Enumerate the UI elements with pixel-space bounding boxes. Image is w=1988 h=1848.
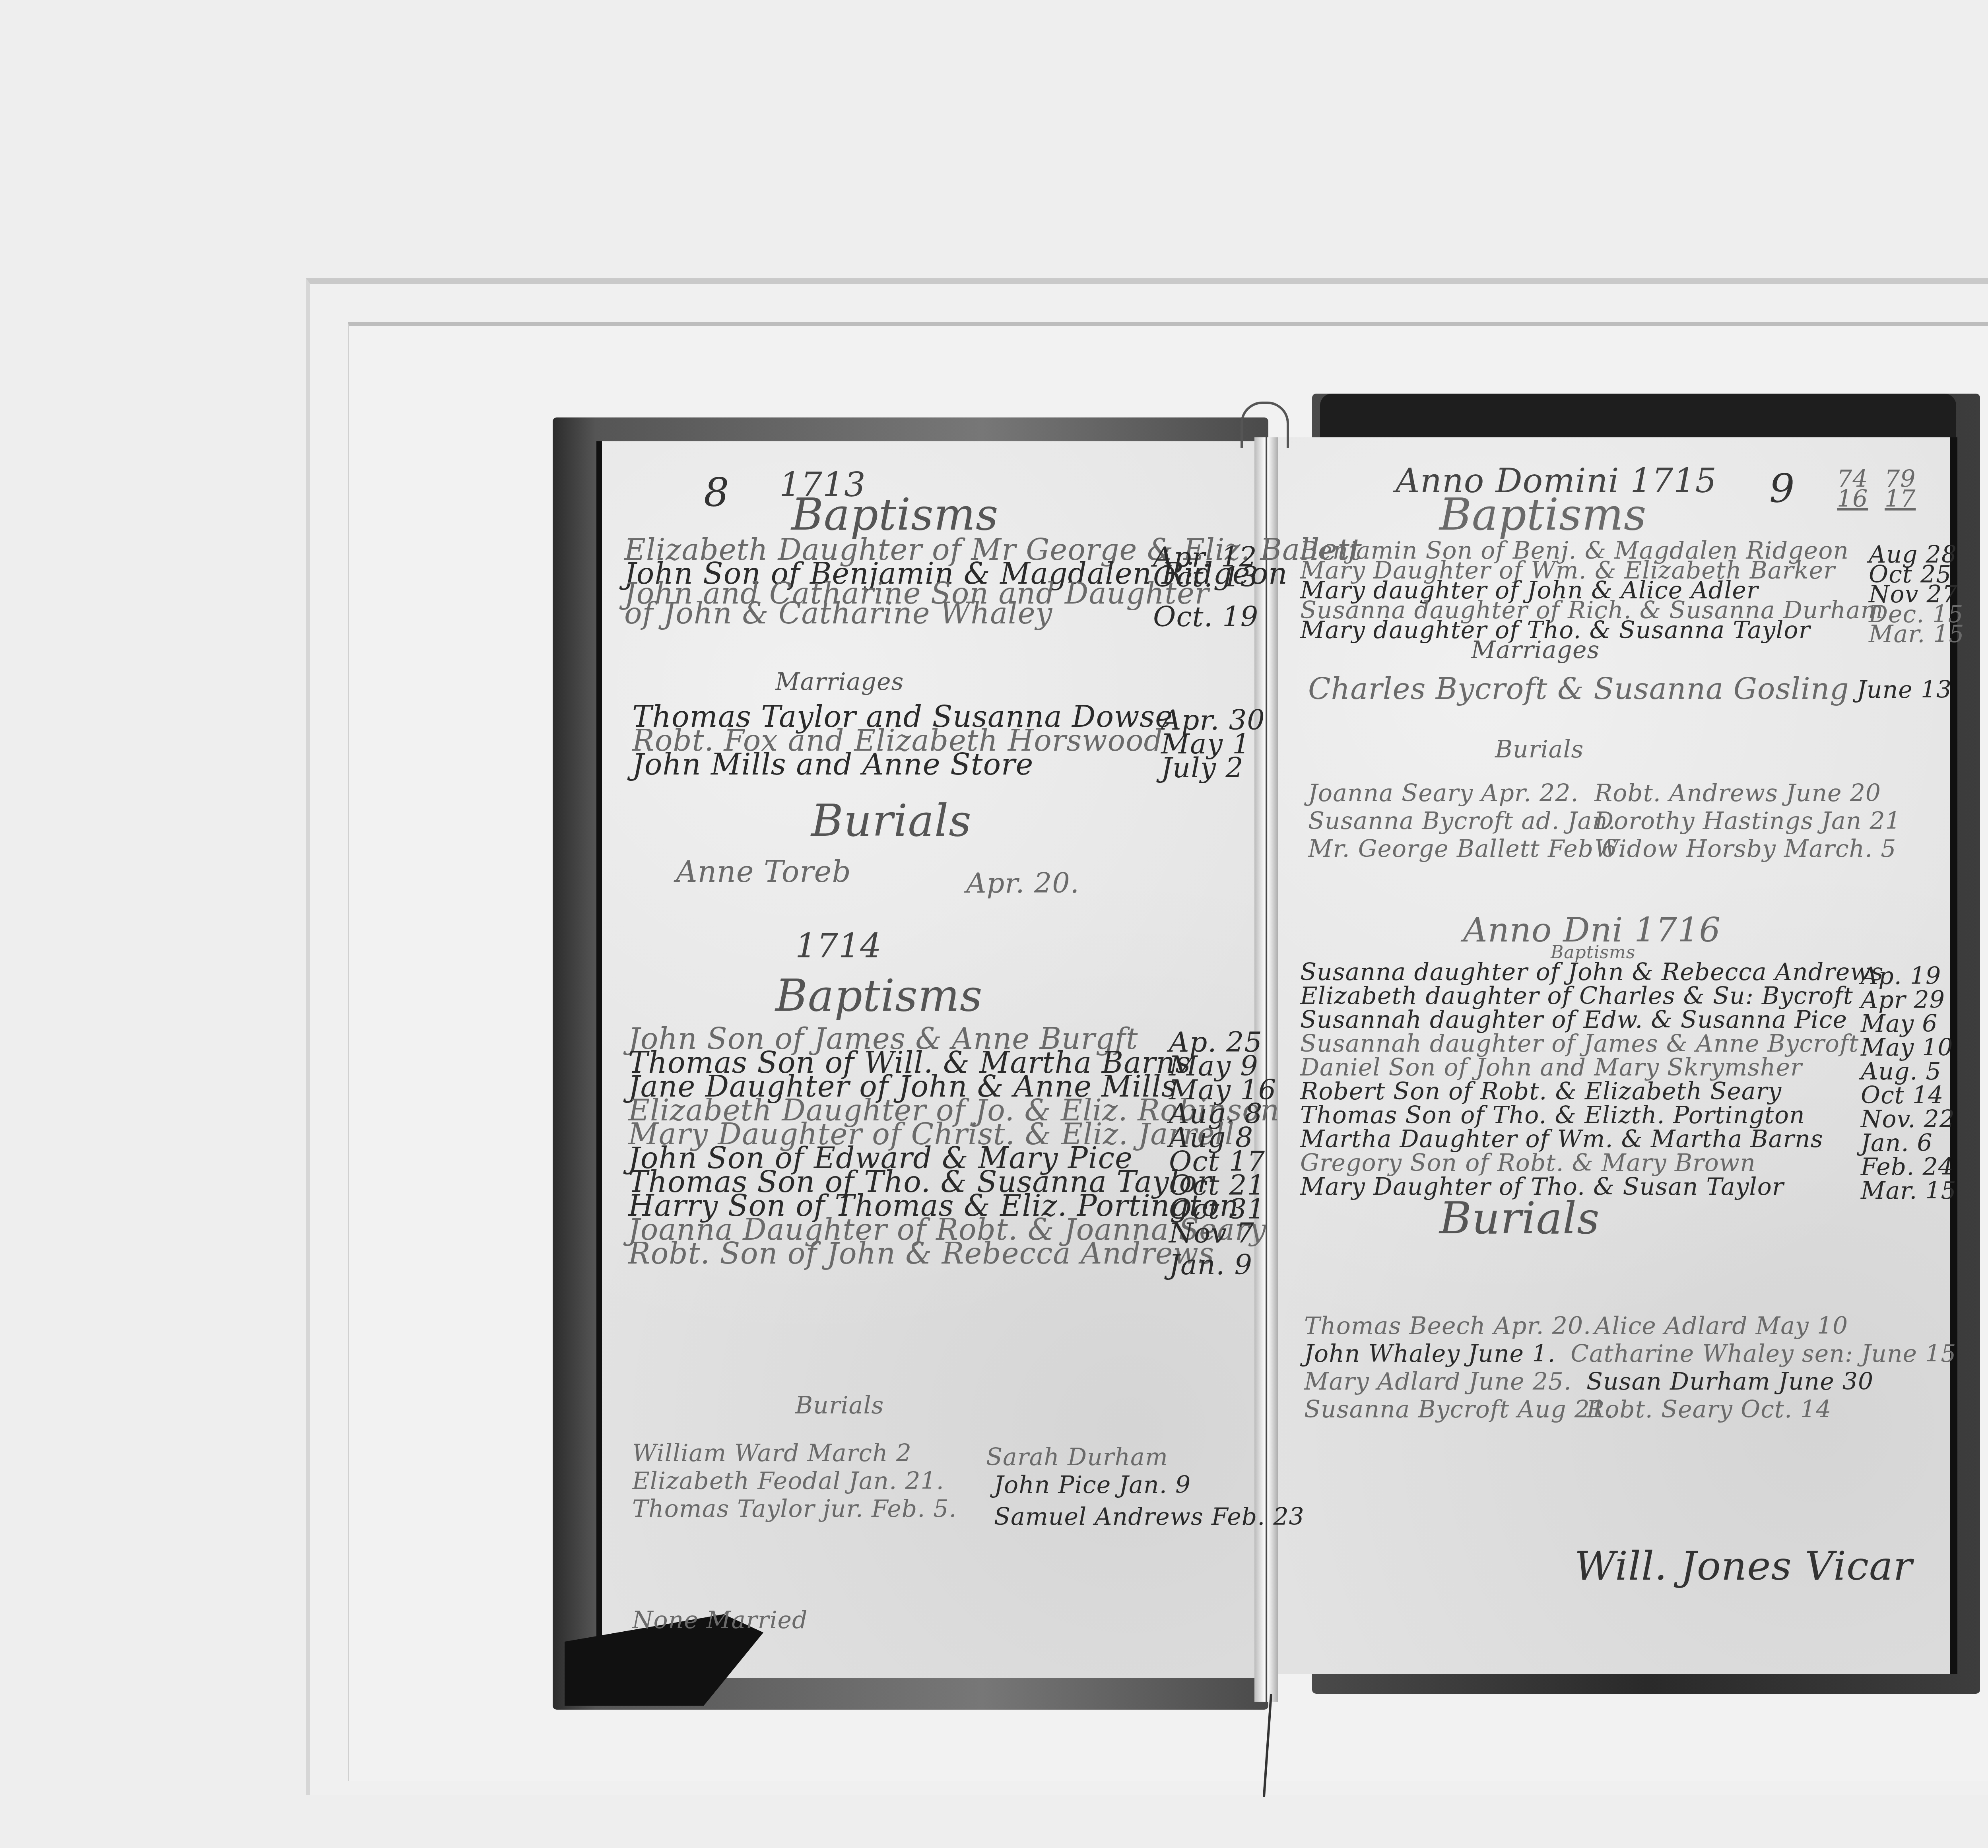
section-heading-baptisms-1714: Baptisms (775, 970, 982, 1021)
binding-stitch (1241, 402, 1289, 448)
entry-text: Robt. Son of John & Rebecca Andrews (628, 1237, 1214, 1271)
entry-text: Widow Horsby March. 5 (1594, 835, 1897, 863)
entry-text: Mary Adlard June 25. (1304, 1368, 1572, 1396)
entry-date: July 2 (1161, 751, 1244, 784)
vicar-signature: Will. Jones Vicar (1574, 1543, 1912, 1589)
entry-text: John Pice Jan. 9 (994, 1471, 1191, 1499)
section-heading-burials-1713: Burials (811, 795, 972, 846)
entry-text: Thomas Taylor jur. Feb. 5. (632, 1495, 957, 1523)
entry-text: Joanna Seary Apr. 22. (1308, 779, 1579, 807)
entry-date: Mar. 15 (1869, 620, 1965, 648)
footer-note: None Married (632, 1606, 808, 1634)
entry-text: Mr. George Ballett Feb 6. (1308, 835, 1625, 863)
entry-text: Alice Adlard May 10 (1594, 1312, 1848, 1340)
section-heading-burials-1715: Burials (1495, 736, 1584, 763)
entry-text: Robt. Andrews June 20 (1594, 779, 1881, 807)
section-heading-baptisms-1715: Baptisms (1439, 489, 1646, 540)
page-number-left: 8 (704, 469, 730, 516)
margin-figure: 16 (1837, 485, 1868, 513)
entry-text: Charles Bycroft & Susanna Gosling (1308, 672, 1849, 706)
section-heading-burials-1716: Burials (1439, 1193, 1600, 1244)
section-heading-baptisms-1713: Baptisms (791, 489, 998, 540)
entry-text: William Ward March 2 (632, 1439, 912, 1467)
entry-text: Catharine Whaley sen: June 15 (1571, 1340, 1957, 1368)
entry-date: June 13 (1857, 676, 1952, 704)
margin-figure: 17 (1885, 485, 1916, 513)
section-heading-marriages-1713: Marriages (775, 668, 904, 696)
page-number-right: 9 (1769, 465, 1795, 512)
entry-date: Oct. 19 (1153, 600, 1258, 633)
book-cover-stack (1320, 394, 1956, 437)
entry-text: Robt. Seary Oct. 14 (1586, 1396, 1831, 1423)
entry-text: John Mills and Anne Store (632, 747, 1033, 782)
entry-text: Thomas Beech Apr. 20. (1304, 1312, 1591, 1340)
entry-date: Jan. 9 (1169, 1248, 1252, 1281)
year-heading-1714: 1714 (795, 926, 882, 965)
entry-text: Susanna Bycroft Aug 21. (1304, 1396, 1613, 1423)
entry-text: Susanna Bycroft ad. Jan. (1308, 807, 1616, 835)
entry-text: Sarah Durham (986, 1443, 1168, 1471)
entry-date: Mar. 15 (1861, 1177, 1957, 1205)
entry-text: Samuel Andrews Feb. 23 (994, 1503, 1305, 1531)
entry-date: Apr. 20. (966, 867, 1079, 899)
entry-text: John Whaley June 1. (1304, 1340, 1555, 1368)
entry-text: Dorothy Hastings Jan 21 (1594, 807, 1901, 835)
entry-text: of John & Catharine Whaley (624, 596, 1052, 631)
entry-text: Anne Toreb (676, 855, 851, 889)
section-heading-marriages-1715: Marriages (1471, 636, 1600, 664)
section-heading-burials-1714: Burials (795, 1392, 884, 1419)
entry-text: Elizabeth Feodal Jan. 21. (632, 1467, 944, 1495)
entry-text: Susan Durham June 30 (1586, 1368, 1873, 1396)
